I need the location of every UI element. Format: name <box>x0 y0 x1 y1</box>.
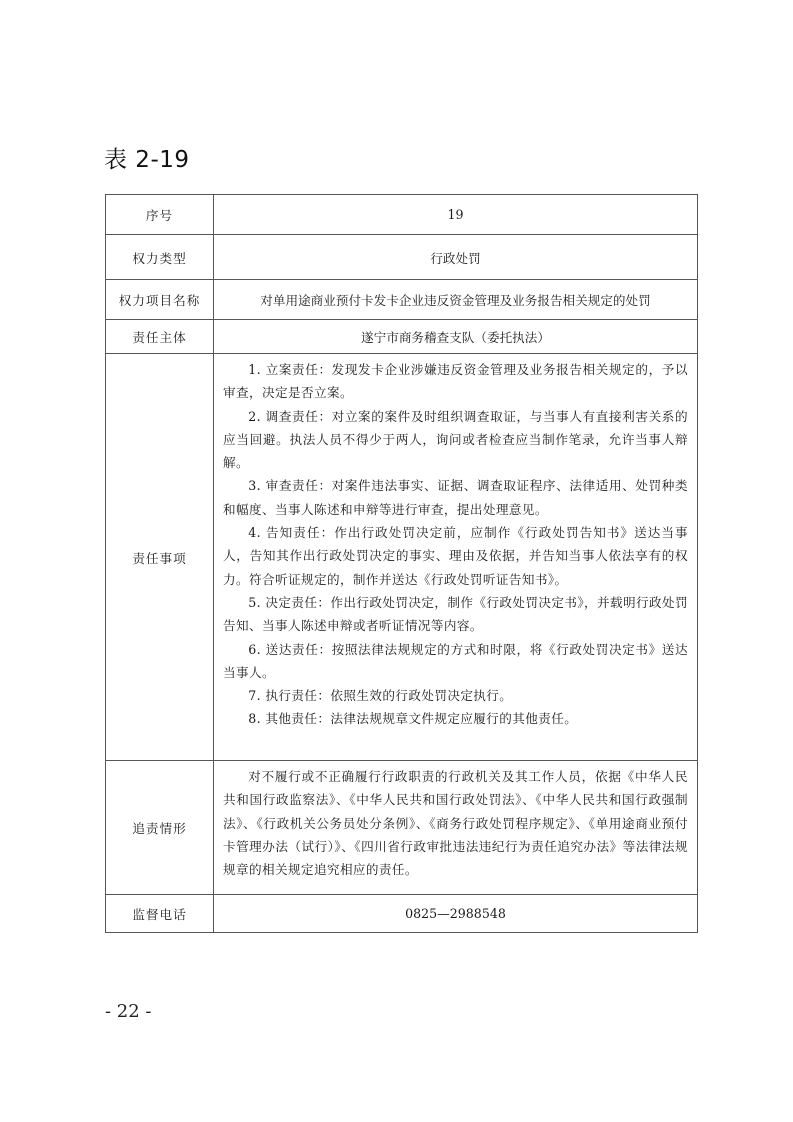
responsibility-item: 2. 调查责任：对立案的案件及时组织调查取证，与当事人有直接利害关系的应当回避。… <box>223 405 688 475</box>
responsibility-table: 序号 19 权力类型 行政处罚 权力项目名称 对单用途商业预付卡发卡企业违反资金… <box>105 194 698 933</box>
table-row-serial: 序号 19 <box>106 195 698 235</box>
phone-number: 0825—2988548 <box>214 895 698 933</box>
row-value: 对单用途商业预付卡发卡企业违反资金管理及业务报告相关规定的处罚 <box>214 280 698 320</box>
table-row-power-type: 权力类型 行政处罚 <box>106 235 698 280</box>
responsibility-item: 8. 其他责任：法律法规规章文件规定应履行的其他责任。 <box>223 707 688 730</box>
row-label: 责任主体 <box>106 320 214 354</box>
row-label: 序号 <box>106 195 214 235</box>
responsibility-item: 5. 决定责任：作出行政处罚决定，制作《行政处罚决定书》，并载明行政处罚告知、当… <box>223 591 688 638</box>
table-row-responsible-entity: 责任主体 遂宁市商务稽查支队（委托执法） <box>106 320 698 354</box>
responsibility-item: 4. 告知责任：作出行政处罚决定前，应制作《行政处罚告知书》送达当事人，告知其作… <box>223 521 688 591</box>
row-label: 追责情形 <box>106 761 214 895</box>
table-row-responsibilities: 责任事项 1. 立案责任：发现发卡企业涉嫌违反资金管理及业务报告相关规定的，予以… <box>106 354 698 761</box>
responsibility-item: 3. 审查责任：对案件违法事实、证据、调查取证程序、法律适用、处罚种类和幅度、当… <box>223 474 688 521</box>
accountability-paragraph: 对不履行或不正确履行行政职责的行政机关及其工作人员，依据《中华人民共和国行政监察… <box>223 765 688 881</box>
row-label: 权力类型 <box>106 235 214 280</box>
row-label: 监督电话 <box>106 895 214 933</box>
responsibility-item: 7. 执行责任：依照生效的行政处罚决定执行。 <box>223 684 688 707</box>
row-value: 19 <box>214 195 698 235</box>
responsibility-item: 1. 立案责任：发现发卡企业涉嫌违反资金管理及业务报告相关规定的，予以审查，决定… <box>223 358 688 405</box>
accountability-text: 对不履行或不正确履行行政职责的行政机关及其工作人员，依据《中华人民共和国行政监察… <box>214 761 698 895</box>
table-row-power-item-name: 权力项目名称 对单用途商业预付卡发卡企业违反资金管理及业务报告相关规定的处罚 <box>106 280 698 320</box>
table-row-supervision-phone: 监督电话 0825—2988548 <box>106 895 698 933</box>
row-value: 遂宁市商务稽查支队（委托执法） <box>214 320 698 354</box>
row-label: 责任事项 <box>106 354 214 761</box>
table-title: 表 2-19 <box>104 141 190 174</box>
responsibility-item: 6. 送达责任：按照法律法规规定的方式和时限，将《行政处罚决定书》送达当事人。 <box>223 638 688 685</box>
page-number: - 22 - <box>105 1001 152 1022</box>
row-label: 权力项目名称 <box>106 280 214 320</box>
row-value: 行政处罚 <box>214 235 698 280</box>
table-row-accountability: 追责情形 对不履行或不正确履行行政职责的行政机关及其工作人员，依据《中华人民共和… <box>106 761 698 895</box>
responsibilities-list: 1. 立案责任：发现发卡企业涉嫌违反资金管理及业务报告相关规定的，予以审查，决定… <box>214 354 698 761</box>
